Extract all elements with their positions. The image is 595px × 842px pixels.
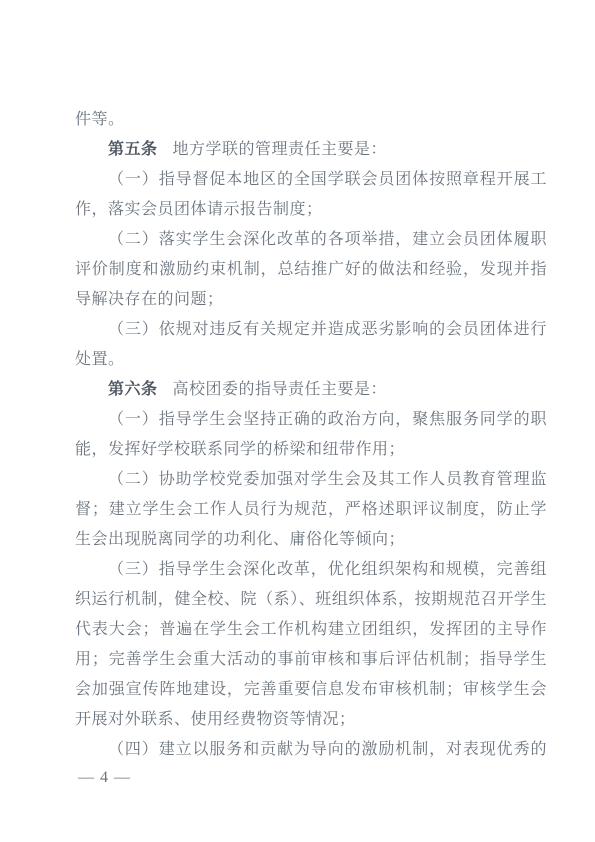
paragraph-continuation: 件等。 [75,105,547,135]
article-6-item-2: （二）协助学校党委加强对学生会及其工作人员教育管理监督；建立学生会工作人员行为规… [75,465,547,555]
document-page: 件等。 第五条地方学联的管理责任主要是： （一）指导督促本地区的全国学联会员团体… [0,0,595,842]
article-5-item-1: （一）指导督促本地区的全国学联会员团体按照章程开展工作，落实会员团体请示报告制度… [75,165,547,225]
article-6-item-4: （四）建立以服务和贡献为导向的激励机制，对表现优秀的 [75,735,547,765]
paragraph-text: （三）指导学生会深化改革，优化组织架构和规模，完善组织运行机制，健全校、院（系）… [75,561,547,728]
article-number: 第六条 [108,381,158,398]
article-heading-text: 地方学联的管理责任主要是： [173,141,388,158]
paragraph-text: 件等。 [75,111,125,128]
paragraph-text: （三）依规对违反有关规定并造成恶劣影响的会员团体进行处置。 [75,321,547,368]
article-6-item-3: （三）指导学生会深化改革，优化组织架构和规模，完善组织运行机制，健全校、院（系）… [75,555,547,735]
paragraph-text: （二）协助学校党委加强对学生会及其工作人员教育管理监督；建立学生会工作人员行为规… [75,471,547,548]
paragraph-text: （一）指导督促本地区的全国学联会员团体按照章程开展工作，落实会员团体请示报告制度… [75,171,547,218]
article-number: 第五条 [108,141,158,158]
paragraph-text: （四）建立以服务和贡献为导向的激励机制，对表现优秀的 [108,741,547,758]
article-heading-text: 高校团委的指导责任主要是： [173,381,388,398]
paragraph-text: （一）指导学生会坚持正确的政治方向，聚焦服务同学的职能，发挥好学校联系同学的桥梁… [75,411,547,458]
article-5-item-2: （二）落实学生会深化改革的各项举措，建立会员团体履职评价制度和激励约束机制，总结… [75,225,547,315]
article-5-heading: 第五条地方学联的管理责任主要是： [75,135,547,165]
page-number: — 4 — [78,768,131,788]
paragraph-text: （二）落实学生会深化改革的各项举措，建立会员团体履职评价制度和激励约束机制，总结… [75,231,547,308]
article-5-item-3: （三）依规对违反有关规定并造成恶劣影响的会员团体进行处置。 [75,315,547,375]
article-6-item-1: （一）指导学生会坚持正确的政治方向，聚焦服务同学的职能，发挥好学校联系同学的桥梁… [75,405,547,465]
document-body: 件等。 第五条地方学联的管理责任主要是： （一）指导督促本地区的全国学联会员团体… [75,105,547,765]
article-6-heading: 第六条高校团委的指导责任主要是： [75,375,547,405]
